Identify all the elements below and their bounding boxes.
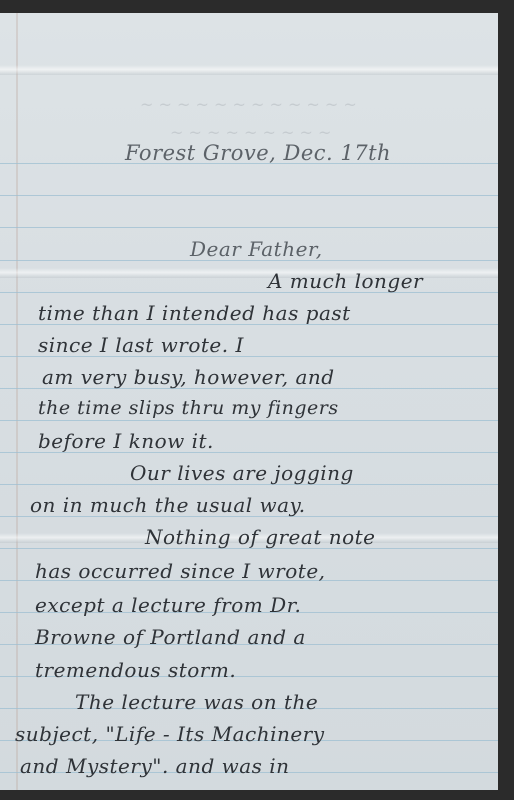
letter-line: before I know it. xyxy=(38,429,214,453)
letter-line: Nothing of great note xyxy=(145,525,376,549)
salutation: Dear Father, xyxy=(190,237,323,261)
letter-page: ~ ~ ~ ~ ~ ~ ~ ~ ~ ~ ~ ~ ~ ~ ~ ~ ~ ~ ~ ~ … xyxy=(0,13,498,790)
letter-line: subject, "Life - Its Machinery xyxy=(15,722,325,746)
letter-line: except a lecture from Dr. xyxy=(35,593,301,617)
bleed-through: ~ ~ ~ ~ ~ ~ ~ ~ ~ xyxy=(170,123,331,142)
letter-line: am very busy, however, and xyxy=(42,365,335,389)
bleed-through: ~ ~ ~ ~ ~ ~ ~ ~ ~ ~ ~ ~ xyxy=(140,95,357,114)
rule-line xyxy=(0,195,498,196)
letter-line: has occurred since I wrote, xyxy=(35,559,326,583)
rule-line xyxy=(0,292,498,293)
paper-fold xyxy=(0,65,498,75)
letter-line: time than I intended has past xyxy=(38,301,351,325)
letter-line: Our lives are jogging xyxy=(130,461,354,485)
place-date: Forest Grove, Dec. 17th xyxy=(125,141,391,165)
letter-line: and Mystery". and was in xyxy=(20,754,290,778)
letter-line: the time slips thru my fingers xyxy=(38,397,339,419)
letter-line: A much longer xyxy=(268,269,423,293)
letter-line: Browne of Portland and a xyxy=(35,625,306,649)
paper-fold xyxy=(0,268,498,278)
letter-line: tremendous storm. xyxy=(35,658,236,682)
letter-line: The lecture was on the xyxy=(75,690,318,714)
letter-line: since I last wrote. I xyxy=(38,333,244,357)
rule-line xyxy=(0,227,498,228)
letter-line: on in much the usual way. xyxy=(30,493,306,517)
rule-line xyxy=(0,420,498,421)
